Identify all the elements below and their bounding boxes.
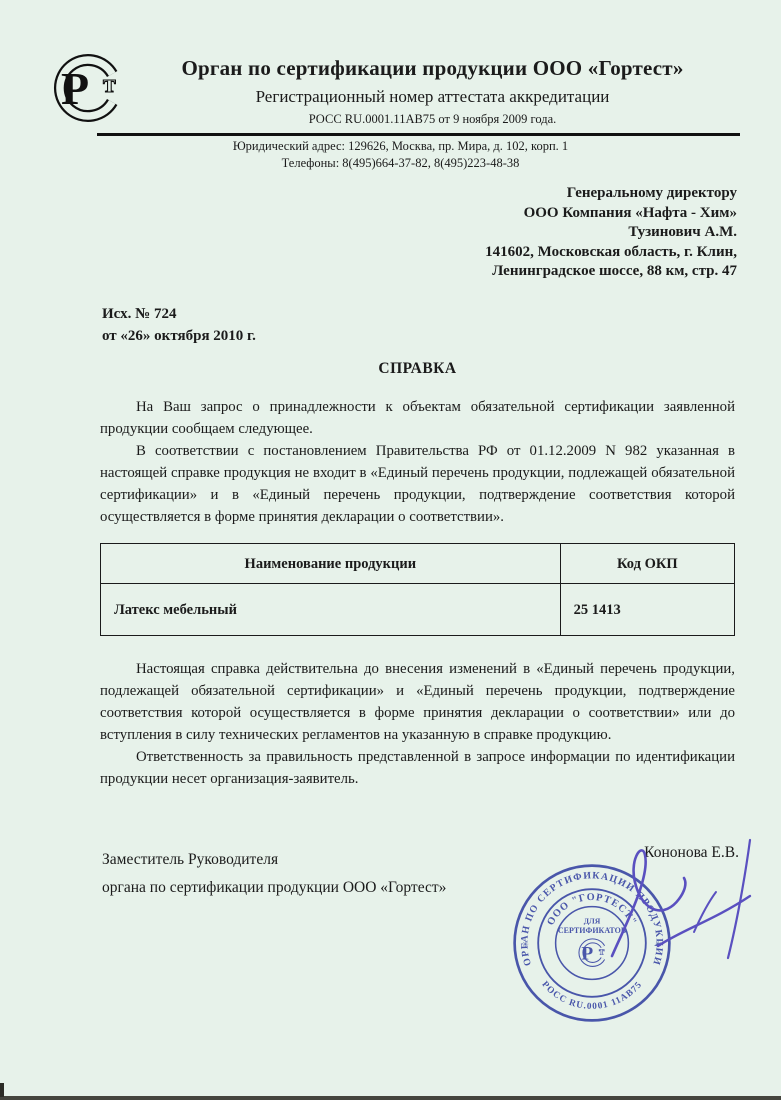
signatory-position-line1: Заместитель Руководителя: [102, 846, 446, 874]
scan-edge-corner: [0, 1083, 4, 1097]
stamp-rst-letter-p: Р: [581, 943, 593, 964]
reference-block: Исх. № 724 от «26» октября 2010 г.: [102, 303, 256, 347]
paragraph-responsibility: Ответственность за правильность представ…: [100, 746, 735, 790]
recipient-line: Тузинович А.М.: [485, 223, 737, 243]
recipient-line: Генеральному директору: [485, 184, 737, 204]
recipient-line: 141602, Московская область, г. Клин,: [485, 243, 737, 263]
letterhead: Орган по сертификации продукции ООО «Гор…: [120, 56, 745, 127]
table-row: Латекс мебельный 25 1413: [101, 584, 735, 636]
outgoing-number: Исх. № 724: [102, 303, 256, 325]
org-title: Орган по сертификации продукции ООО «Гор…: [120, 56, 745, 81]
table-header-product-name: Наименование продукции: [101, 544, 561, 584]
document-body: На Ваш запрос о принадлежности к объекта…: [100, 396, 735, 790]
recipient-block: Генеральному директору ООО Компания «Наф…: [485, 184, 737, 282]
header-divider: [97, 133, 740, 136]
product-table: Наименование продукции Код ОКП Латекс ме…: [100, 543, 735, 636]
legal-address: Юридический адрес: 129626, Москва, пр. М…: [60, 139, 741, 154]
stamp-star-left: ✳: [522, 940, 529, 949]
table-cell-product-name: Латекс мебельный: [101, 584, 561, 636]
handwritten-signature: [598, 834, 763, 979]
recipient-line: Ленинградское шоссе, 88 км, стр. 47: [485, 262, 737, 282]
accreditation-number: РОСС RU.0001.11АВ75 от 9 ноября 2009 год…: [120, 112, 745, 127]
table-header-row: Наименование продукции Код ОКП: [101, 544, 735, 584]
table-cell-okp-code: 25 1413: [560, 584, 734, 636]
document-page: Р т Орган по сертификации продукции ООО …: [0, 0, 781, 1100]
rst-logo-letter-t: т: [103, 69, 116, 98]
accreditation-caption: Регистрационный номер аттестата аккредит…: [120, 87, 745, 107]
scan-edge-bottom: [0, 1096, 781, 1100]
table-header-okp-code: Код ОКП: [560, 544, 734, 584]
signatory-position-line2: органа по сертификации продукции ООО «Го…: [102, 874, 446, 902]
document-title: СПРАВКА: [100, 360, 735, 378]
paragraph-validity: Настоящая справка действительна до внесе…: [100, 658, 735, 746]
outgoing-date: от «26» октября 2010 г.: [102, 325, 256, 347]
rst-logo-letter-p: Р: [61, 63, 89, 114]
paragraph-regulation: В соответствии с постановлением Правител…: [100, 440, 735, 528]
recipient-line: ООО Компания «Нафта - Хим»: [485, 204, 737, 224]
signatory-position: Заместитель Руководителя органа по серти…: [102, 846, 446, 902]
paragraph-intro: На Ваш запрос о принадлежности к объекта…: [100, 396, 735, 440]
phone-numbers: Телефоны: 8(495)664-37-82, 8(495)223-48-…: [60, 156, 741, 171]
